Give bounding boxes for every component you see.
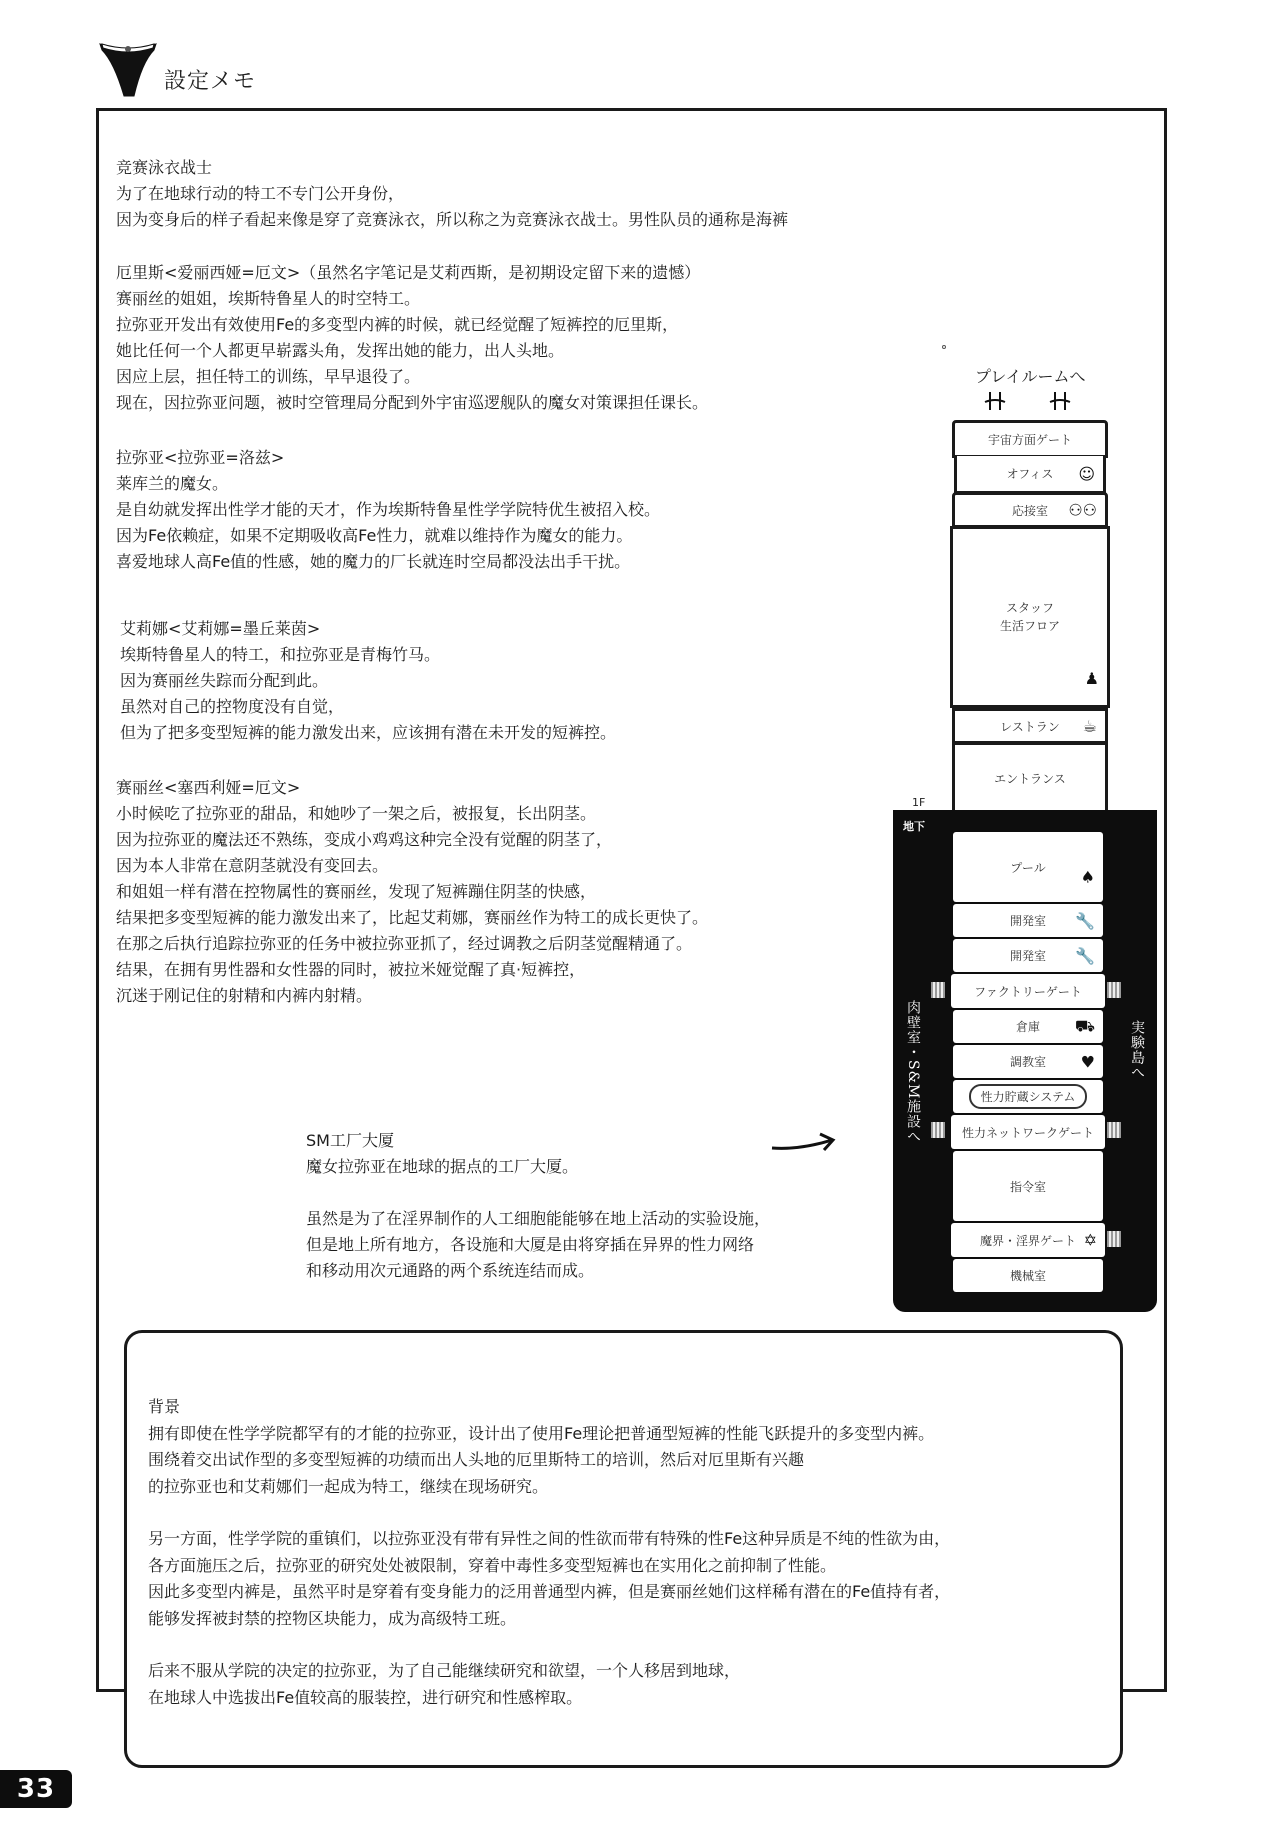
text-line: 魔女拉弥亚在地球的据点的工厂大厦。: [306, 1154, 770, 1180]
page-header: 設定メモ: [98, 40, 398, 110]
wrench-icon: 🔧: [1075, 946, 1095, 965]
section-sm-building: SM工厂大厦 魔女拉弥亚在地球的据点的工厂大厦。 虽然是为了在淫界制作的人工细胞…: [306, 1128, 770, 1284]
section-eris: 厄里斯<爱丽西娅=厄文>（虽然名字笔记是艾莉西斯，是初期设定留下来的遗憾） 赛丽…: [116, 260, 708, 416]
page-title: 設定メモ: [164, 64, 256, 95]
gate-connector-right: [1107, 982, 1121, 998]
text-line: 为了在地球行动的特工不专门公开身份，: [116, 181, 788, 207]
room-machine: 機械室: [953, 1259, 1103, 1292]
section-elina: 艾莉娜<艾莉娜=墨丘莱茵> 埃斯特鲁星人的特工，和拉弥亚是青梅竹马。 因为赛丽丝…: [120, 616, 616, 746]
right-side-label: 実験島へ: [1127, 1020, 1147, 1080]
room-label: レストラン: [1000, 718, 1060, 735]
text-line: 因为拉弥亚的魔法还不熟练，变成小鸡鸡这种完全没有觉醒的阴茎了，: [116, 827, 708, 853]
heart-icon: ♥: [1081, 1052, 1095, 1071]
text-line: 能够发挥被封禁的控物区块能力，成为高级特工班。: [148, 1606, 950, 1633]
room-demon-gate: 魔界・淫界ゲート ✡: [951, 1223, 1105, 1257]
text-line: 是自幼就发挥出性学才能的天才，作为埃斯特鲁星性学学院特优生被招入校。: [116, 497, 660, 523]
swimsuit-icon: ♠: [1081, 867, 1095, 886]
blank-line: [148, 1632, 950, 1658]
room-space-gate: 宇宙方面ゲート: [952, 420, 1108, 458]
text-line: 围绕着交出试作型的多变型短裤的功绩而出人头地的厄里斯特工的培训，然后对厄里斯有兴…: [148, 1447, 950, 1474]
section-lamia: 拉弥亚<拉弥亚=洛兹> 莱库兰的魔女。 是自幼就发挥出性学才能的天才，作为埃斯特…: [116, 445, 660, 575]
room-dev-2: 開発室 🔧: [953, 939, 1103, 972]
blank-line: [148, 1500, 950, 1526]
text-line: 各方面施压之后，拉弥亚的研究处处被限制，穿着中毒性多变型短裤也在实用化之前抑制了…: [148, 1553, 950, 1580]
section-background: 背景 拥有即使在性学学院都罕有的才能的拉弥亚，设计出了使用Fe理论把普通型短裤的…: [148, 1394, 950, 1711]
text-line: 现在，因拉弥亚问题，被时空管理局分配到外宇宙巡逻舰队的魔女对策课担任课长。: [116, 390, 708, 416]
text-line: 结果把多变型短裤的能力激发出来了，比起艾莉娜，赛丽丝作为特工的成长更快了。: [116, 905, 708, 931]
text-line: 另一方面，性学学院的重镇们，以拉弥亚没有带有异性之间的性欲而带有特殊的性Fe这种…: [148, 1526, 950, 1553]
text-line: 后来不服从学院的决定的拉弥亚，为了自己能继续研究和欲望，一个人移居到地球，: [148, 1658, 950, 1685]
dot-mark: [942, 345, 946, 349]
text-line: 小时候吃了拉弥亚的甜品，和她吵了一架之后，被报复，长出阴茎。: [116, 801, 708, 827]
text-line: 因为变身后的样子看起来像是穿了竞赛泳衣，所以称之为竞赛泳衣战士。男性队员的通称是…: [116, 207, 788, 233]
room-label: 性力ネットワークゲート: [962, 1124, 1094, 1141]
room-label: プール: [1010, 859, 1045, 876]
section-heading: SM工厂大厦: [306, 1128, 770, 1154]
section-heading: 赛丽丝<塞西利娅=厄文>: [116, 775, 708, 801]
text-line: 她比任何一个人都更早崭露头角，发挥出她的能力，出人头地。: [116, 338, 708, 364]
room-label: ファクトリーゲート: [974, 983, 1082, 1000]
two-people-icon: ⚇⚇: [1068, 501, 1097, 520]
gate-connector-left: [931, 1122, 945, 1138]
text-line: 埃斯特鲁星人的特工，和拉弥亚是青梅竹马。: [120, 642, 616, 668]
text-line: 结果，在拥有男性器和女性器的同时，被拉米娅觉醒了真·短裤控，: [116, 957, 708, 983]
text-line: 因应上层，担任特工的训练，早早退役了。: [116, 364, 708, 390]
text-line: 在地球人中选拔出Fe值较高的服装控，进行研究和性感榨取。: [148, 1685, 950, 1712]
page-number: 33: [0, 1770, 72, 1808]
room-dev-1: 開発室 🔧: [953, 904, 1103, 937]
character-face-icon: ☺: [1078, 464, 1095, 483]
room-staff-floor: スタッフ 生活フロア ♟: [950, 526, 1110, 708]
room-label: 開発室: [1010, 947, 1046, 964]
room-entrance: エントランス: [952, 742, 1108, 812]
text-line: 喜爱地球人高Fe值的性感，她的魔力的厂长就连时空局都没法出手干扰。: [116, 549, 660, 575]
room-label: スタッフ 生活フロア: [1000, 599, 1060, 635]
room-factory-gate: ファクトリーゲート: [951, 974, 1105, 1008]
basement-label: 地下: [903, 818, 925, 834]
gate-connector-left: [931, 982, 945, 998]
room-label: オフィス: [1007, 465, 1054, 482]
text-line: 因此多变型内裤是，虽然平时是穿着有变身能力的泛用普通型内裤，但是赛丽丝她们这样稀…: [148, 1579, 950, 1606]
text-line: 但是地上所有地方，各设施和大厦是由将穿插在异界的性力网络: [306, 1232, 770, 1258]
text-line: 拉弥亚开发出有效使用Fe的多变型内裤的时候，就已经觉醒了短裤控的厄里斯，: [116, 312, 708, 338]
room-label: 指令室: [1010, 1178, 1046, 1195]
section-heading: 拉弥亚<拉弥亚=洛兹>: [116, 445, 660, 471]
room-label: エントランス: [994, 770, 1066, 787]
basement-area: 地下 プール ♠ 開発室 🔧 開発室 🔧 ファクトリーゲート 倉庫 ⛟ 調教室 …: [893, 810, 1157, 1312]
room-office: オフィス ☺: [954, 456, 1106, 494]
text-line: 虽然对自己的控物度没有自觉，: [120, 694, 616, 720]
person-icon: ♟: [1085, 670, 1099, 688]
text-line: 因为本人非常在意阴茎就没有变回去。: [116, 853, 708, 879]
text-line: 和移动用次元通路的两个系统连结而成。: [306, 1258, 770, 1284]
room-pool: プール ♠: [953, 832, 1103, 902]
room-label: 魔界・淫界ゲート: [980, 1232, 1076, 1249]
section-celis: 赛丽丝<塞西利娅=厄文> 小时候吃了拉弥亚的甜品，和她吵了一架之后，被报复，长出…: [116, 775, 708, 1009]
playroom-label: プレイルームへ: [975, 364, 1086, 387]
room-label: 倉庫: [1016, 1018, 1040, 1035]
room-label: 開発室: [1010, 912, 1046, 929]
text-line: 因为Fe依赖症，如果不定期吸收高Fe性力，就难以维持作为魔女的能力。: [116, 523, 660, 549]
gate-connector-right: [1107, 1231, 1121, 1247]
arrow-right-icon: [770, 1128, 840, 1158]
gate-connector-right: [1107, 1122, 1121, 1138]
room-storage-system: 性力貯蔵システム: [953, 1080, 1103, 1113]
text-line: 虽然是为了在淫界制作的人工细胞能能够在地上活动的实验设施，: [306, 1206, 770, 1232]
room-restaurant: レストラン ☕: [952, 708, 1108, 744]
floor-label-1f: 1F: [912, 796, 925, 809]
room-label: 宇宙方面ゲート: [988, 431, 1072, 448]
text-line: 在那之后执行追踪拉弥亚的任务中被拉弥亚抓了，经过调教之后阴茎觉醒精通了。: [116, 931, 708, 957]
text-line: 但为了把多变型短裤的能力激发出来，应该拥有潜在未开发的短裤控。: [120, 720, 616, 746]
room-label: 調教室: [1010, 1053, 1046, 1070]
room-training: 調教室 ♥: [953, 1045, 1103, 1078]
text-line: 沉迷于刚记住的射精和内裤内射精。: [116, 983, 708, 1009]
room-command: 指令室: [953, 1151, 1103, 1221]
room-network-gate: 性力ネットワークゲート: [951, 1115, 1105, 1149]
left-side-label: 肉壁室・S&M施設へ: [903, 1000, 923, 1144]
cart-icon: ⛟: [1075, 1016, 1095, 1037]
section-heading: 竞赛泳衣战士: [116, 155, 788, 181]
room-label: 機械室: [1010, 1267, 1046, 1284]
room-warehouse: 倉庫 ⛟: [953, 1010, 1103, 1043]
room-label: 性力貯蔵システム: [969, 1084, 1088, 1109]
text-line: 和姐姐一样有潜在控物属性的赛丽丝，发现了短裤蹦住阴茎的快感，: [116, 879, 708, 905]
frame-edge: [96, 1689, 126, 1692]
panties-emblem-icon: [98, 40, 158, 100]
section-heading: 背景: [148, 1394, 950, 1421]
wrench-icon: 🔧: [1075, 911, 1095, 930]
room-reception: 応接室 ⚇⚇: [952, 492, 1108, 528]
teacup-icon: ☕: [1083, 717, 1097, 736]
frame-edge: [1120, 1689, 1167, 1692]
section-swimsuit-warrior: 竞赛泳衣战士 为了在地球行动的特工不专门公开身份， 因为变身后的样子看起来像是穿…: [116, 155, 788, 233]
text-line: 赛丽丝的姐姐，埃斯特鲁星人的时空特工。: [116, 286, 708, 312]
section-heading: 艾莉娜<艾莉娜=墨丘莱茵>: [120, 616, 616, 642]
text-line: 莱库兰的魔女。: [116, 471, 660, 497]
section-heading: 厄里斯<爱丽西娅=厄文>（虽然名字笔记是艾莉西斯，是初期设定留下来的遗憾）: [116, 260, 708, 286]
blank-line: [306, 1180, 770, 1206]
text-line: 的拉弥亚也和艾莉娜们一起成为特工，继续在现场研究。: [148, 1474, 950, 1501]
room-label: 応接室: [1012, 502, 1048, 519]
text-line: 拥有即使在性学学院都罕有的才能的拉弥亚，设计出了使用Fe理论把普通型短裤的性能飞…: [148, 1421, 950, 1448]
pipe-connectors-icon: [980, 392, 1080, 422]
text-line: 因为赛丽丝失踪而分配到此。: [120, 668, 616, 694]
hexagram-icon: ✡: [1084, 1231, 1097, 1250]
